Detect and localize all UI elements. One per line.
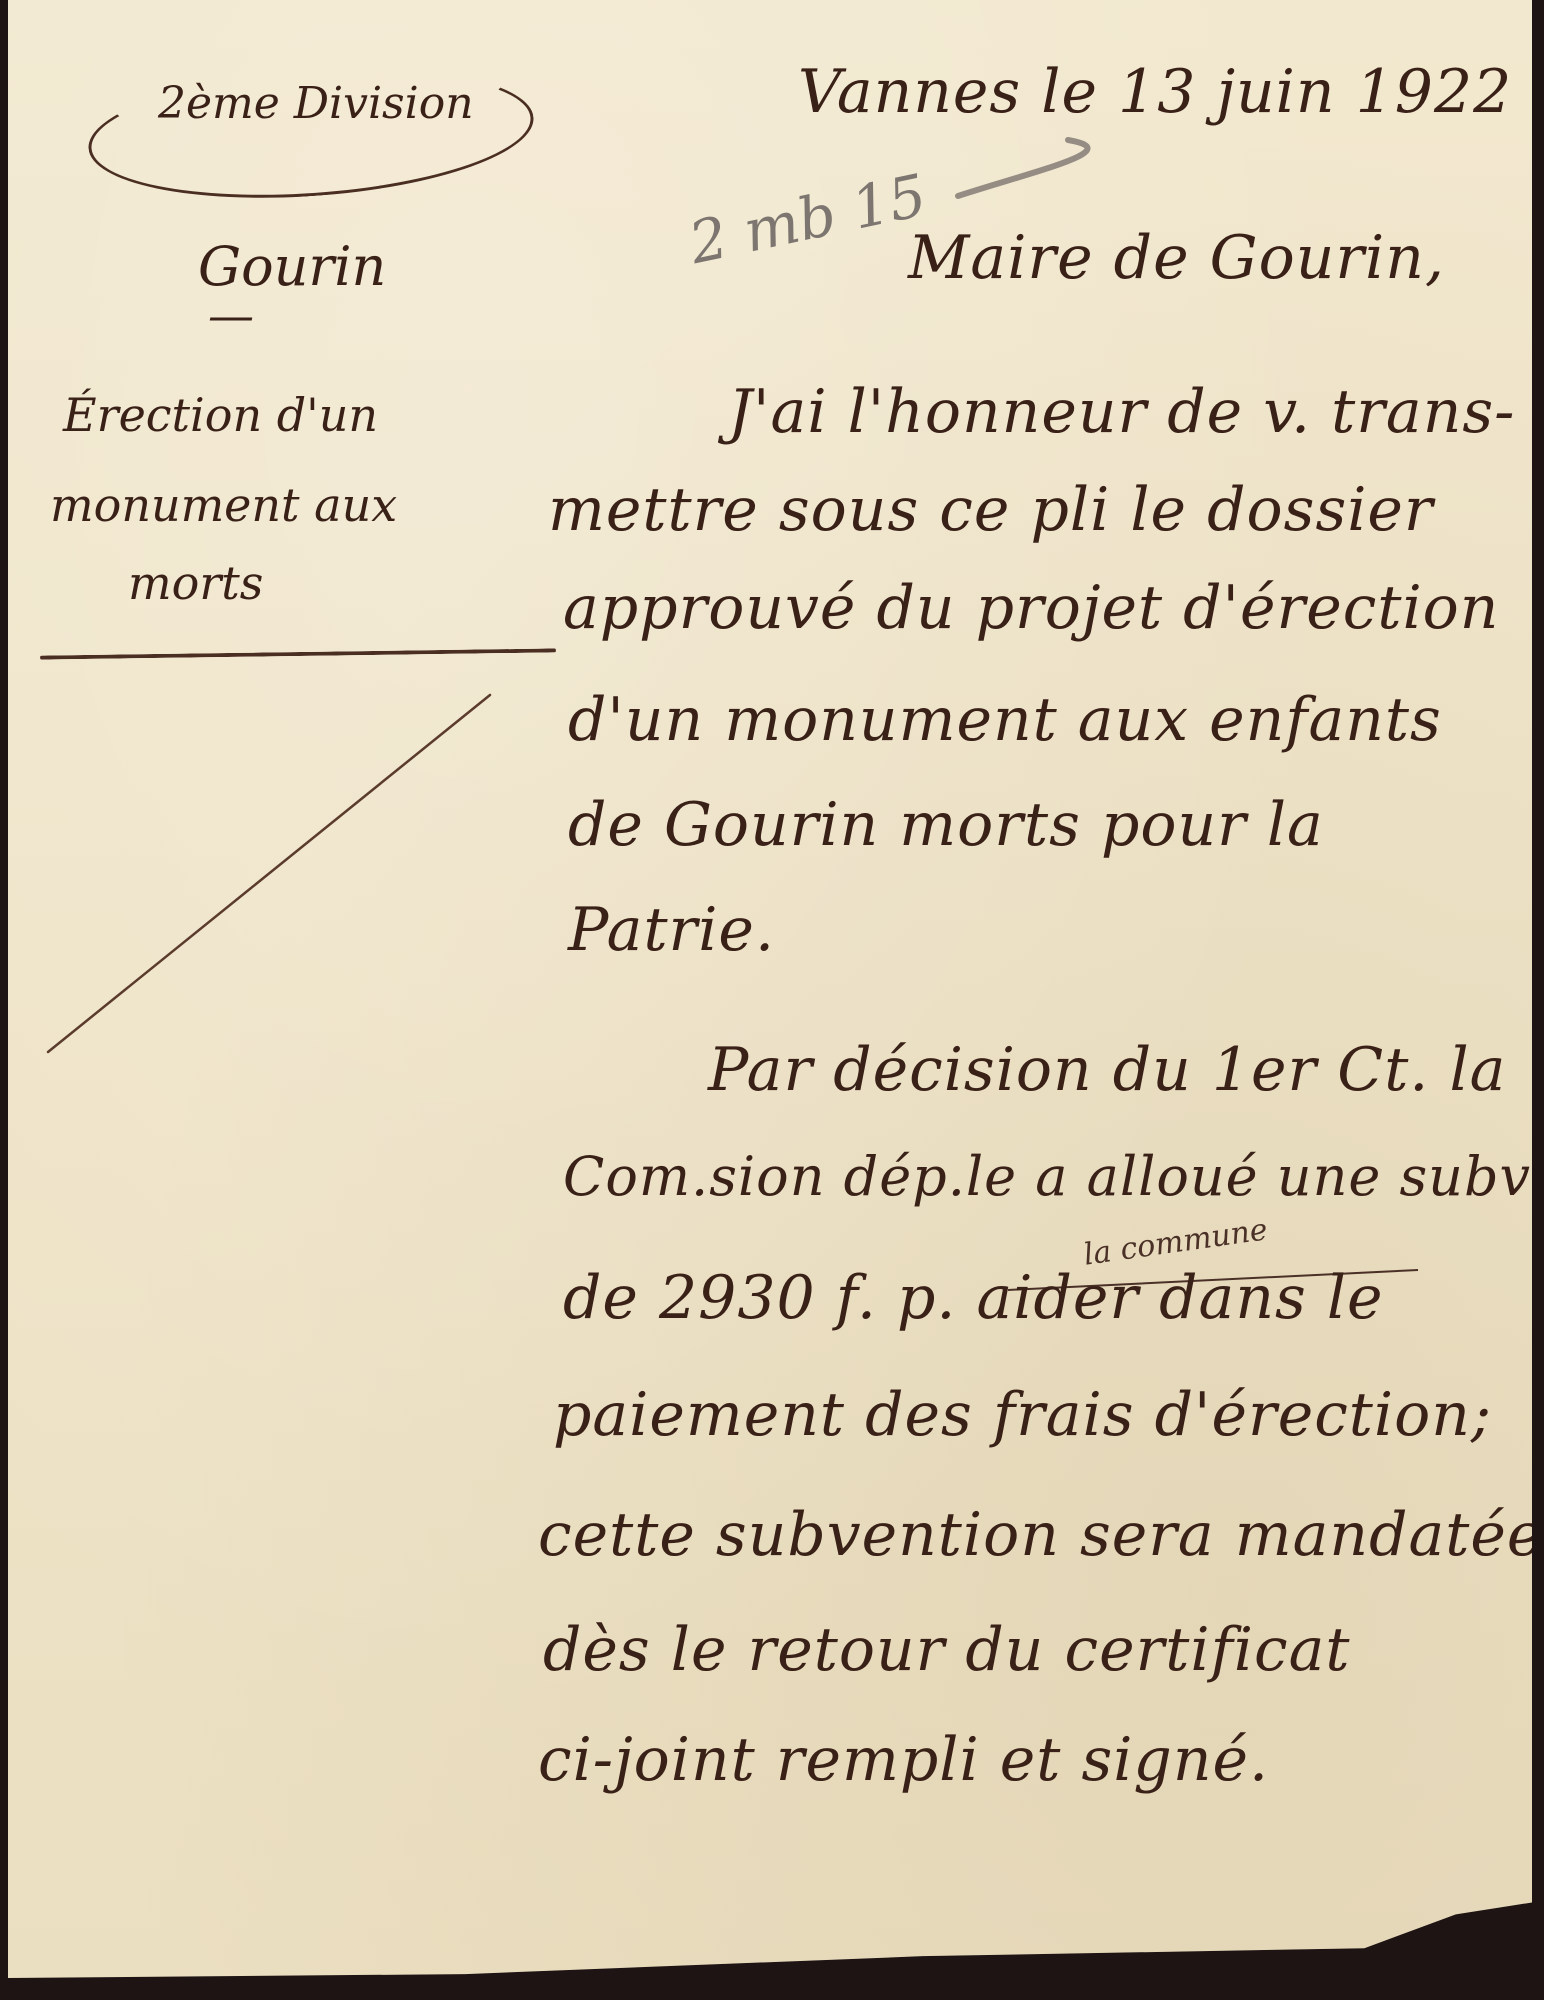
body-line: approuvé du projet d'érection <box>563 578 1499 638</box>
body-line: Com.sion dép.le a alloué une subvention <box>563 1150 1544 1204</box>
scan-border-right <box>1530 0 1544 2000</box>
addressee: Maire de Gourin, <box>908 228 1445 288</box>
body-line: paiement des frais d'érection; <box>553 1385 1492 1445</box>
scan-border-left <box>0 0 8 2000</box>
letter-page: 2ème Division Gourin — Érection d'un mon… <box>8 0 1532 1990</box>
body-line: J'ai l'honneur de v. trans- <box>728 382 1515 442</box>
body-line: de 2930 f. p. aider dans le <box>563 1268 1384 1328</box>
body-line: cette subvention sera mandatée <box>538 1505 1543 1565</box>
body-line: mettre sous ce pli le dossier <box>548 480 1434 540</box>
body-line: Par décision du 1er Ct. la <box>708 1040 1506 1100</box>
place-date: Vannes le 13 juin 1922 <box>798 62 1512 122</box>
body-line: Patrie. <box>568 900 775 960</box>
body-line: de Gourin morts pour la <box>568 795 1324 855</box>
margin-diagonal-stroke <box>8 0 1532 2000</box>
body-line: dès le retour du certificat <box>543 1620 1350 1680</box>
body-line: ci-joint rempli et signé. <box>538 1730 1269 1790</box>
body-line: d'un monument aux enfants <box>568 690 1442 750</box>
